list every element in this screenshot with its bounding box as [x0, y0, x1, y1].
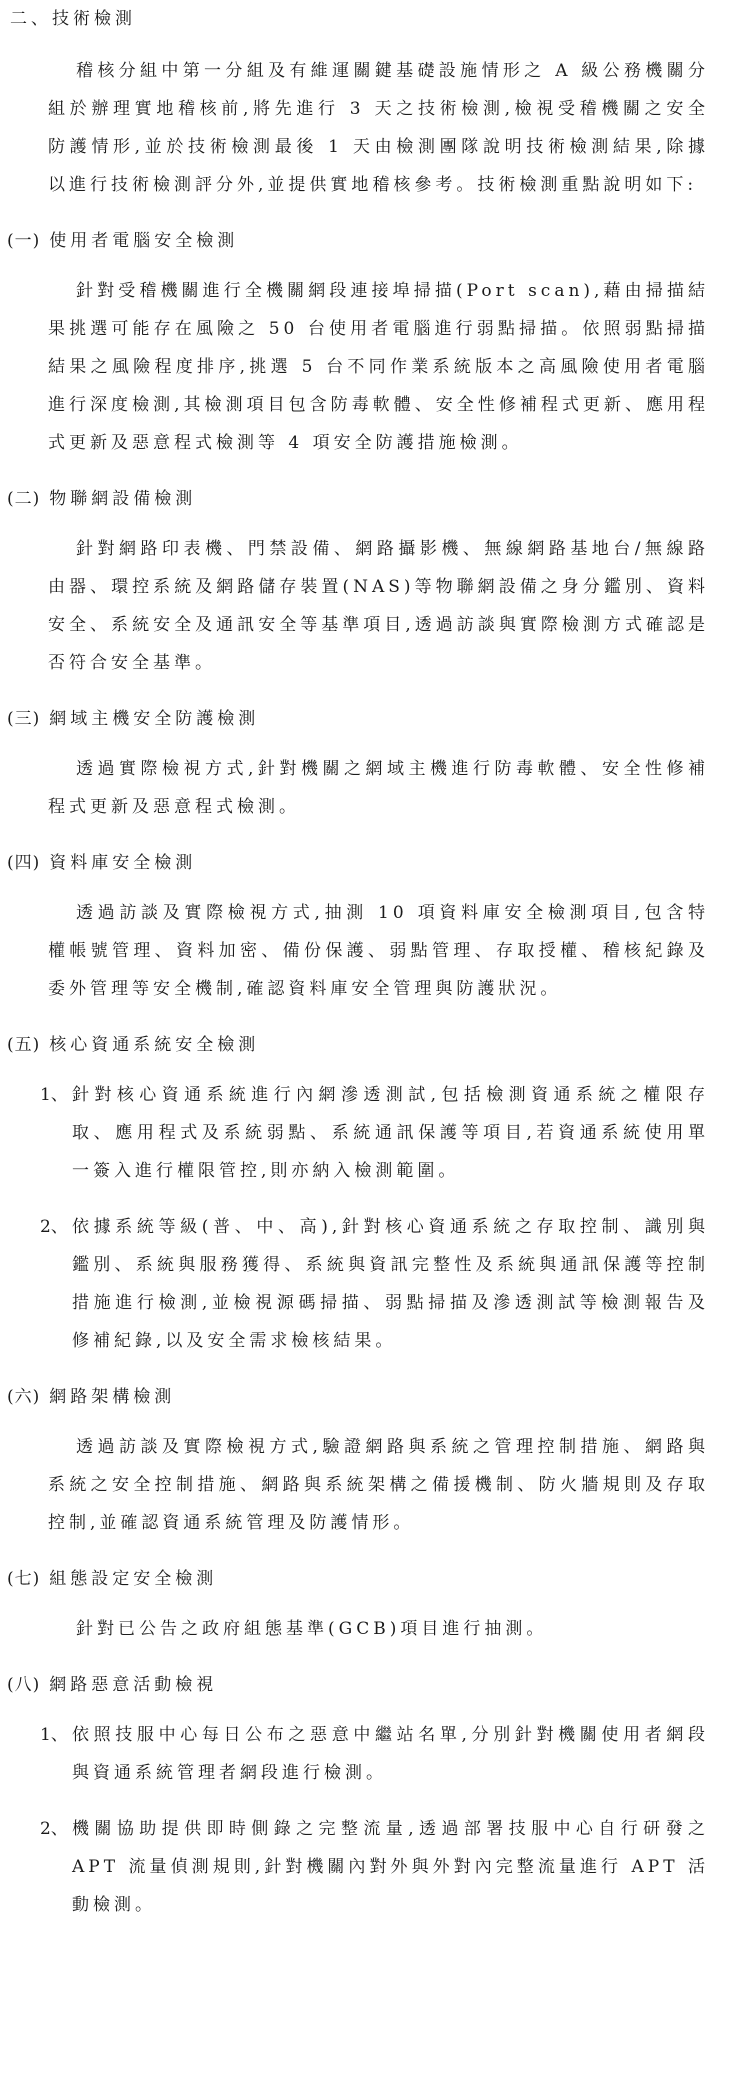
section-paragraph: 透過訪談及實際檢視方式,抽測 10 項資料庫安全檢測項目,包含特權帳號管理、資料… [48, 894, 709, 1008]
list-item-number: 2、 [40, 1810, 72, 1924]
list-item-text: 依據系統等級(普、中、高),針對核心資通系統之存取控制、識別與鑑別、系統與服務獲… [72, 1208, 709, 1360]
list-item-number: 1、 [40, 1076, 72, 1190]
list-item-number: 1、 [40, 1716, 72, 1792]
section-heading: (七)組態設定安全檢測 [7, 1560, 709, 1598]
section-heading: (三)網域主機安全防護檢測 [7, 700, 709, 738]
list-item-text: 機關協助提供即時側錄之完整流量,透過部署技服中心自行研發之 APT 流量偵測規則… [72, 1810, 709, 1924]
intro-paragraph: 稽核分組中第一分組及有維運關鍵基礎設施情形之 A 級公務機關分組於辦理實地稽核前… [48, 52, 709, 204]
section-title: 網域主機安全防護檢測 [49, 709, 259, 729]
section-title: 網路惡意活動檢視 [49, 1675, 217, 1695]
section-domain-host: (三)網域主機安全防護檢測 透過實際檢視方式,針對機關之網域主機進行防毒軟體、安… [0, 700, 729, 826]
section-database-security: (四)資料庫安全檢測 透過訪談及實際檢視方式,抽測 10 項資料庫安全檢測項目,… [0, 844, 729, 1008]
section-user-computer: (一)使用者電腦安全檢測 針對受稽機關進行全機關網段連接埠掃描(Port sca… [0, 222, 729, 462]
section-title: 網路架構檢測 [49, 1387, 175, 1407]
section-paragraph: 透過訪談及實際檢視方式,驗證網路與系統之管理控制措施、網路與系統之安全控制措施、… [48, 1428, 709, 1542]
section-heading: (一)使用者電腦安全檢測 [7, 222, 709, 260]
section-malicious-activity: (八)網路惡意活動檢視 1、 依照技服中心每日公布之惡意中繼站名單,分別針對機關… [0, 1666, 729, 1924]
section-label: (五) [7, 1035, 40, 1055]
section-title: 物聯網設備檢測 [49, 489, 196, 509]
section-label: (二) [7, 489, 40, 509]
section-title: 使用者電腦安全檢測 [49, 231, 238, 251]
list-item: 1、 依照技服中心每日公布之惡意中繼站名單,分別針對機關使用者網段與資通系統管理… [40, 1716, 709, 1792]
section-label: (七) [7, 1569, 40, 1589]
section-title: 資料庫安全檢測 [49, 853, 196, 873]
section-heading: (五)核心資通系統安全檢測 [7, 1026, 709, 1064]
section-title: 核心資通系統安全檢測 [49, 1035, 259, 1055]
list-item: 1、 針對核心資通系統進行內網滲透測試,包括檢測資通系統之權限存取、應用程式及系… [40, 1076, 709, 1190]
list-item-text: 依照技服中心每日公布之惡意中繼站名單,分別針對機關使用者網段與資通系統管理者網段… [72, 1716, 709, 1792]
section-label: (四) [7, 853, 40, 873]
section-heading: (四)資料庫安全檢測 [7, 844, 709, 882]
section-paragraph: 針對網路印表機、門禁設備、網路攝影機、無線網路基地台/無線路由器、環控系統及網路… [48, 530, 709, 682]
document-title: 二、技術檢測 [10, 0, 709, 38]
list-item: 2、 機關協助提供即時側錄之完整流量,透過部署技服中心自行研發之 APT 流量偵… [40, 1810, 709, 1924]
section-title: 組態設定安全檢測 [49, 1569, 217, 1589]
section-heading: (六)網路架構檢測 [7, 1378, 709, 1416]
section-label: (八) [7, 1675, 40, 1695]
section-label: (三) [7, 709, 40, 729]
section-core-systems: (五)核心資通系統安全檢測 1、 針對核心資通系統進行內網滲透測試,包括檢測資通… [0, 1026, 729, 1360]
list-item: 2、 依據系統等級(普、中、高),針對核心資通系統之存取控制、識別與鑑別、系統與… [40, 1208, 709, 1360]
section-paragraph: 針對受稽機關進行全機關網段連接埠掃描(Port scan),藉由掃描結果挑選可能… [48, 272, 709, 462]
section-label: (六) [7, 1387, 40, 1407]
document-page: 二、技術檢測 稽核分組中第一分組及有維運關鍵基礎設施情形之 A 級公務機關分組於… [0, 0, 729, 2089]
section-iot-devices: (二)物聯網設備檢測 針對網路印表機、門禁設備、網路攝影機、無線網路基地台/無線… [0, 480, 729, 682]
section-label: (一) [7, 231, 40, 251]
section-paragraph: 針對已公告之政府組態基準(GCB)項目進行抽測。 [48, 1610, 709, 1648]
section-heading: (二)物聯網設備檢測 [7, 480, 709, 518]
section-paragraph: 透過實際檢視方式,針對機關之網域主機進行防毒軟體、安全性修補程式更新及惡意程式檢… [48, 750, 709, 826]
section-heading: (八)網路惡意活動檢視 [7, 1666, 709, 1704]
section-configuration-security: (七)組態設定安全檢測 針對已公告之政府組態基準(GCB)項目進行抽測。 [0, 1560, 729, 1648]
list-item-text: 針對核心資通系統進行內網滲透測試,包括檢測資通系統之權限存取、應用程式及系統弱點… [72, 1076, 709, 1190]
section-network-architecture: (六)網路架構檢測 透過訪談及實際檢視方式,驗證網路與系統之管理控制措施、網路與… [0, 1378, 729, 1542]
list-item-number: 2、 [40, 1208, 72, 1360]
